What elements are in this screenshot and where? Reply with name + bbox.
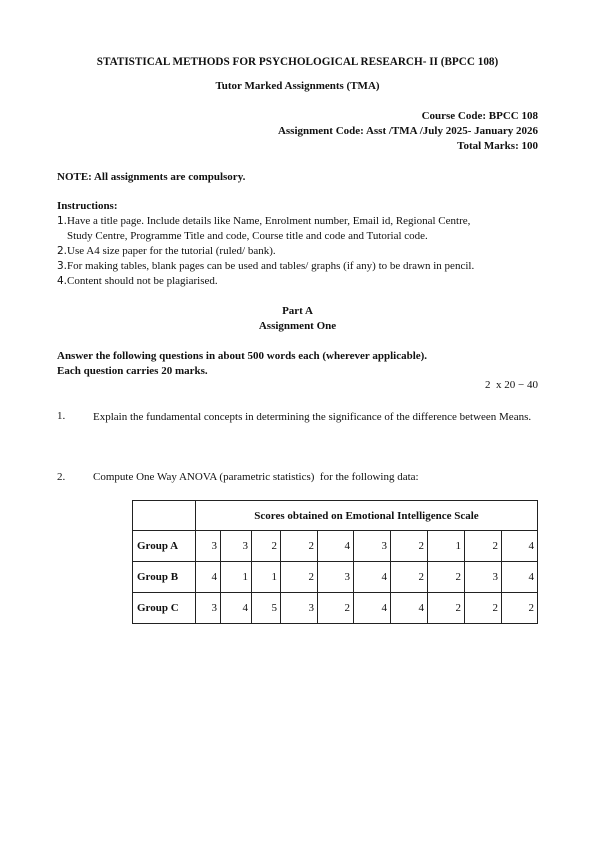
note: NOTE: All assignments are compulsory.	[57, 171, 245, 183]
score-cell: 4	[391, 593, 428, 624]
instruction-item-1: 1.Have a title page. Include details lik…	[57, 215, 470, 227]
score-cell: 3	[196, 593, 221, 624]
score-cell: 2	[465, 593, 502, 624]
group-label: Group A	[133, 531, 196, 562]
score-cell: 3	[221, 531, 252, 562]
question-1-text: Explain the fundamental concepts in dete…	[93, 410, 539, 425]
score-cell: 3	[281, 593, 318, 624]
marks-formula: 2 x 20 − 40	[485, 379, 538, 391]
score-cell: 2	[502, 593, 538, 624]
document-title: STATISTICAL METHODS FOR PSYCHOLOGICAL RE…	[0, 56, 595, 68]
instruction-item-4: 4.Content should not be plagiarised.	[57, 275, 218, 287]
score-cell: 2	[318, 593, 354, 624]
instruction-number: 3.	[57, 260, 67, 272]
table-header: Scores obtained on Emotional Intelligenc…	[196, 501, 538, 531]
instruction-number: 2.	[57, 245, 67, 257]
table-row: Group C3453244222	[133, 593, 538, 624]
score-cell: 1	[221, 562, 252, 593]
score-cell: 2	[465, 531, 502, 562]
score-cell: 1	[428, 531, 465, 562]
instruction-text: Use A4 size paper for the tutorial (rule…	[67, 245, 276, 257]
score-cell: 3	[318, 562, 354, 593]
assignment-code: Assignment Code: Asst /TMA /July 2025- J…	[278, 125, 538, 137]
course-code: Course Code: BPCC 108	[422, 110, 538, 122]
question-2-text: Compute One Way ANOVA (parametric statis…	[93, 471, 419, 483]
scores-table: Scores obtained on Emotional Intelligenc…	[132, 500, 538, 624]
total-marks: Total Marks: 100	[457, 140, 538, 152]
score-cell: 2	[281, 562, 318, 593]
score-cell: 3	[196, 531, 221, 562]
assignment-heading: Assignment One	[0, 320, 595, 332]
document-subtitle: Tutor Marked Assignments (TMA)	[0, 80, 595, 92]
score-cell: 4	[354, 593, 391, 624]
score-cell: 4	[502, 562, 538, 593]
part-label: Part A	[0, 305, 595, 317]
score-cell: 5	[252, 593, 281, 624]
table-corner-cell	[133, 501, 196, 531]
directions-line-2: Each question carries 20 marks.	[57, 365, 208, 377]
score-cell: 3	[354, 531, 391, 562]
table-row: Group B4112342234	[133, 562, 538, 593]
score-cell: 2	[428, 593, 465, 624]
instruction-text: Content should not be plagiarised.	[67, 275, 218, 287]
score-cell: 2	[281, 531, 318, 562]
instruction-text: Study Centre, Programme Title and code, …	[57, 230, 428, 242]
score-cell: 4	[196, 562, 221, 593]
score-cell: 2	[428, 562, 465, 593]
group-label: Group C	[133, 593, 196, 624]
question-1-number: 1.	[57, 410, 65, 422]
instruction-item-1-continued: Study Centre, Programme Title and code, …	[57, 230, 428, 242]
group-label: Group B	[133, 562, 196, 593]
score-cell: 1	[252, 562, 281, 593]
instruction-item-3: 3.For making tables, blank pages can be …	[57, 260, 474, 272]
table-row: Group A3322432124	[133, 531, 538, 562]
score-cell: 2	[391, 531, 428, 562]
instructions-heading: Instructions:	[57, 200, 118, 212]
question-2-number: 2.	[57, 471, 65, 483]
score-cell: 2	[252, 531, 281, 562]
score-cell: 4	[502, 531, 538, 562]
score-cell: 4	[354, 562, 391, 593]
table-header-row: Scores obtained on Emotional Intelligenc…	[133, 501, 538, 531]
instruction-text: For making tables, blank pages can be us…	[67, 260, 474, 272]
directions-line-1: Answer the following questions in about …	[57, 350, 427, 362]
score-cell: 2	[391, 562, 428, 593]
score-cell: 4	[221, 593, 252, 624]
instruction-text: Have a title page. Include details like …	[67, 215, 470, 227]
score-cell: 3	[465, 562, 502, 593]
instruction-item-2: 2.Use A4 size paper for the tutorial (ru…	[57, 245, 276, 257]
score-cell: 4	[318, 531, 354, 562]
instruction-number: 1.	[57, 215, 67, 227]
instruction-number: 4.	[57, 275, 67, 287]
